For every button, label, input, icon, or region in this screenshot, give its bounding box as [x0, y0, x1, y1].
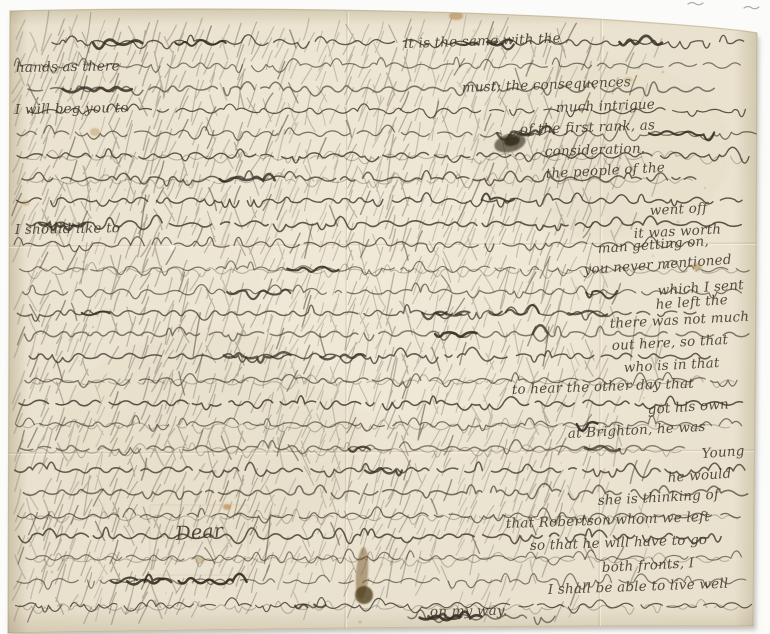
stain — [692, 263, 702, 271]
stain — [449, 12, 463, 20]
stray-ink-marks — [688, 3, 759, 9]
legible-fragment: went off — [649, 200, 709, 219]
stain — [169, 244, 175, 250]
stain — [90, 128, 100, 136]
letter-scan: it is the same with thehands as theremus… — [0, 0, 770, 634]
legible-fragment: I should like to — [14, 220, 120, 238]
scan-surface: it is the same with thehands as theremus… — [0, 0, 770, 634]
stain — [195, 556, 205, 564]
legible-fragment: I will beg you to — [14, 100, 129, 118]
stain — [623, 77, 633, 83]
legible-fragment: on my way. — [430, 603, 508, 620]
legible-fragment: hands as there — [16, 58, 120, 76]
stray-ink-mark — [688, 3, 703, 5]
stain — [22, 200, 30, 206]
legible-fragment: Dear — [174, 520, 226, 545]
stain — [223, 504, 231, 510]
stain — [355, 586, 373, 604]
legible-fragment: Young — [701, 443, 745, 462]
stray-ink-mark — [744, 7, 759, 9]
